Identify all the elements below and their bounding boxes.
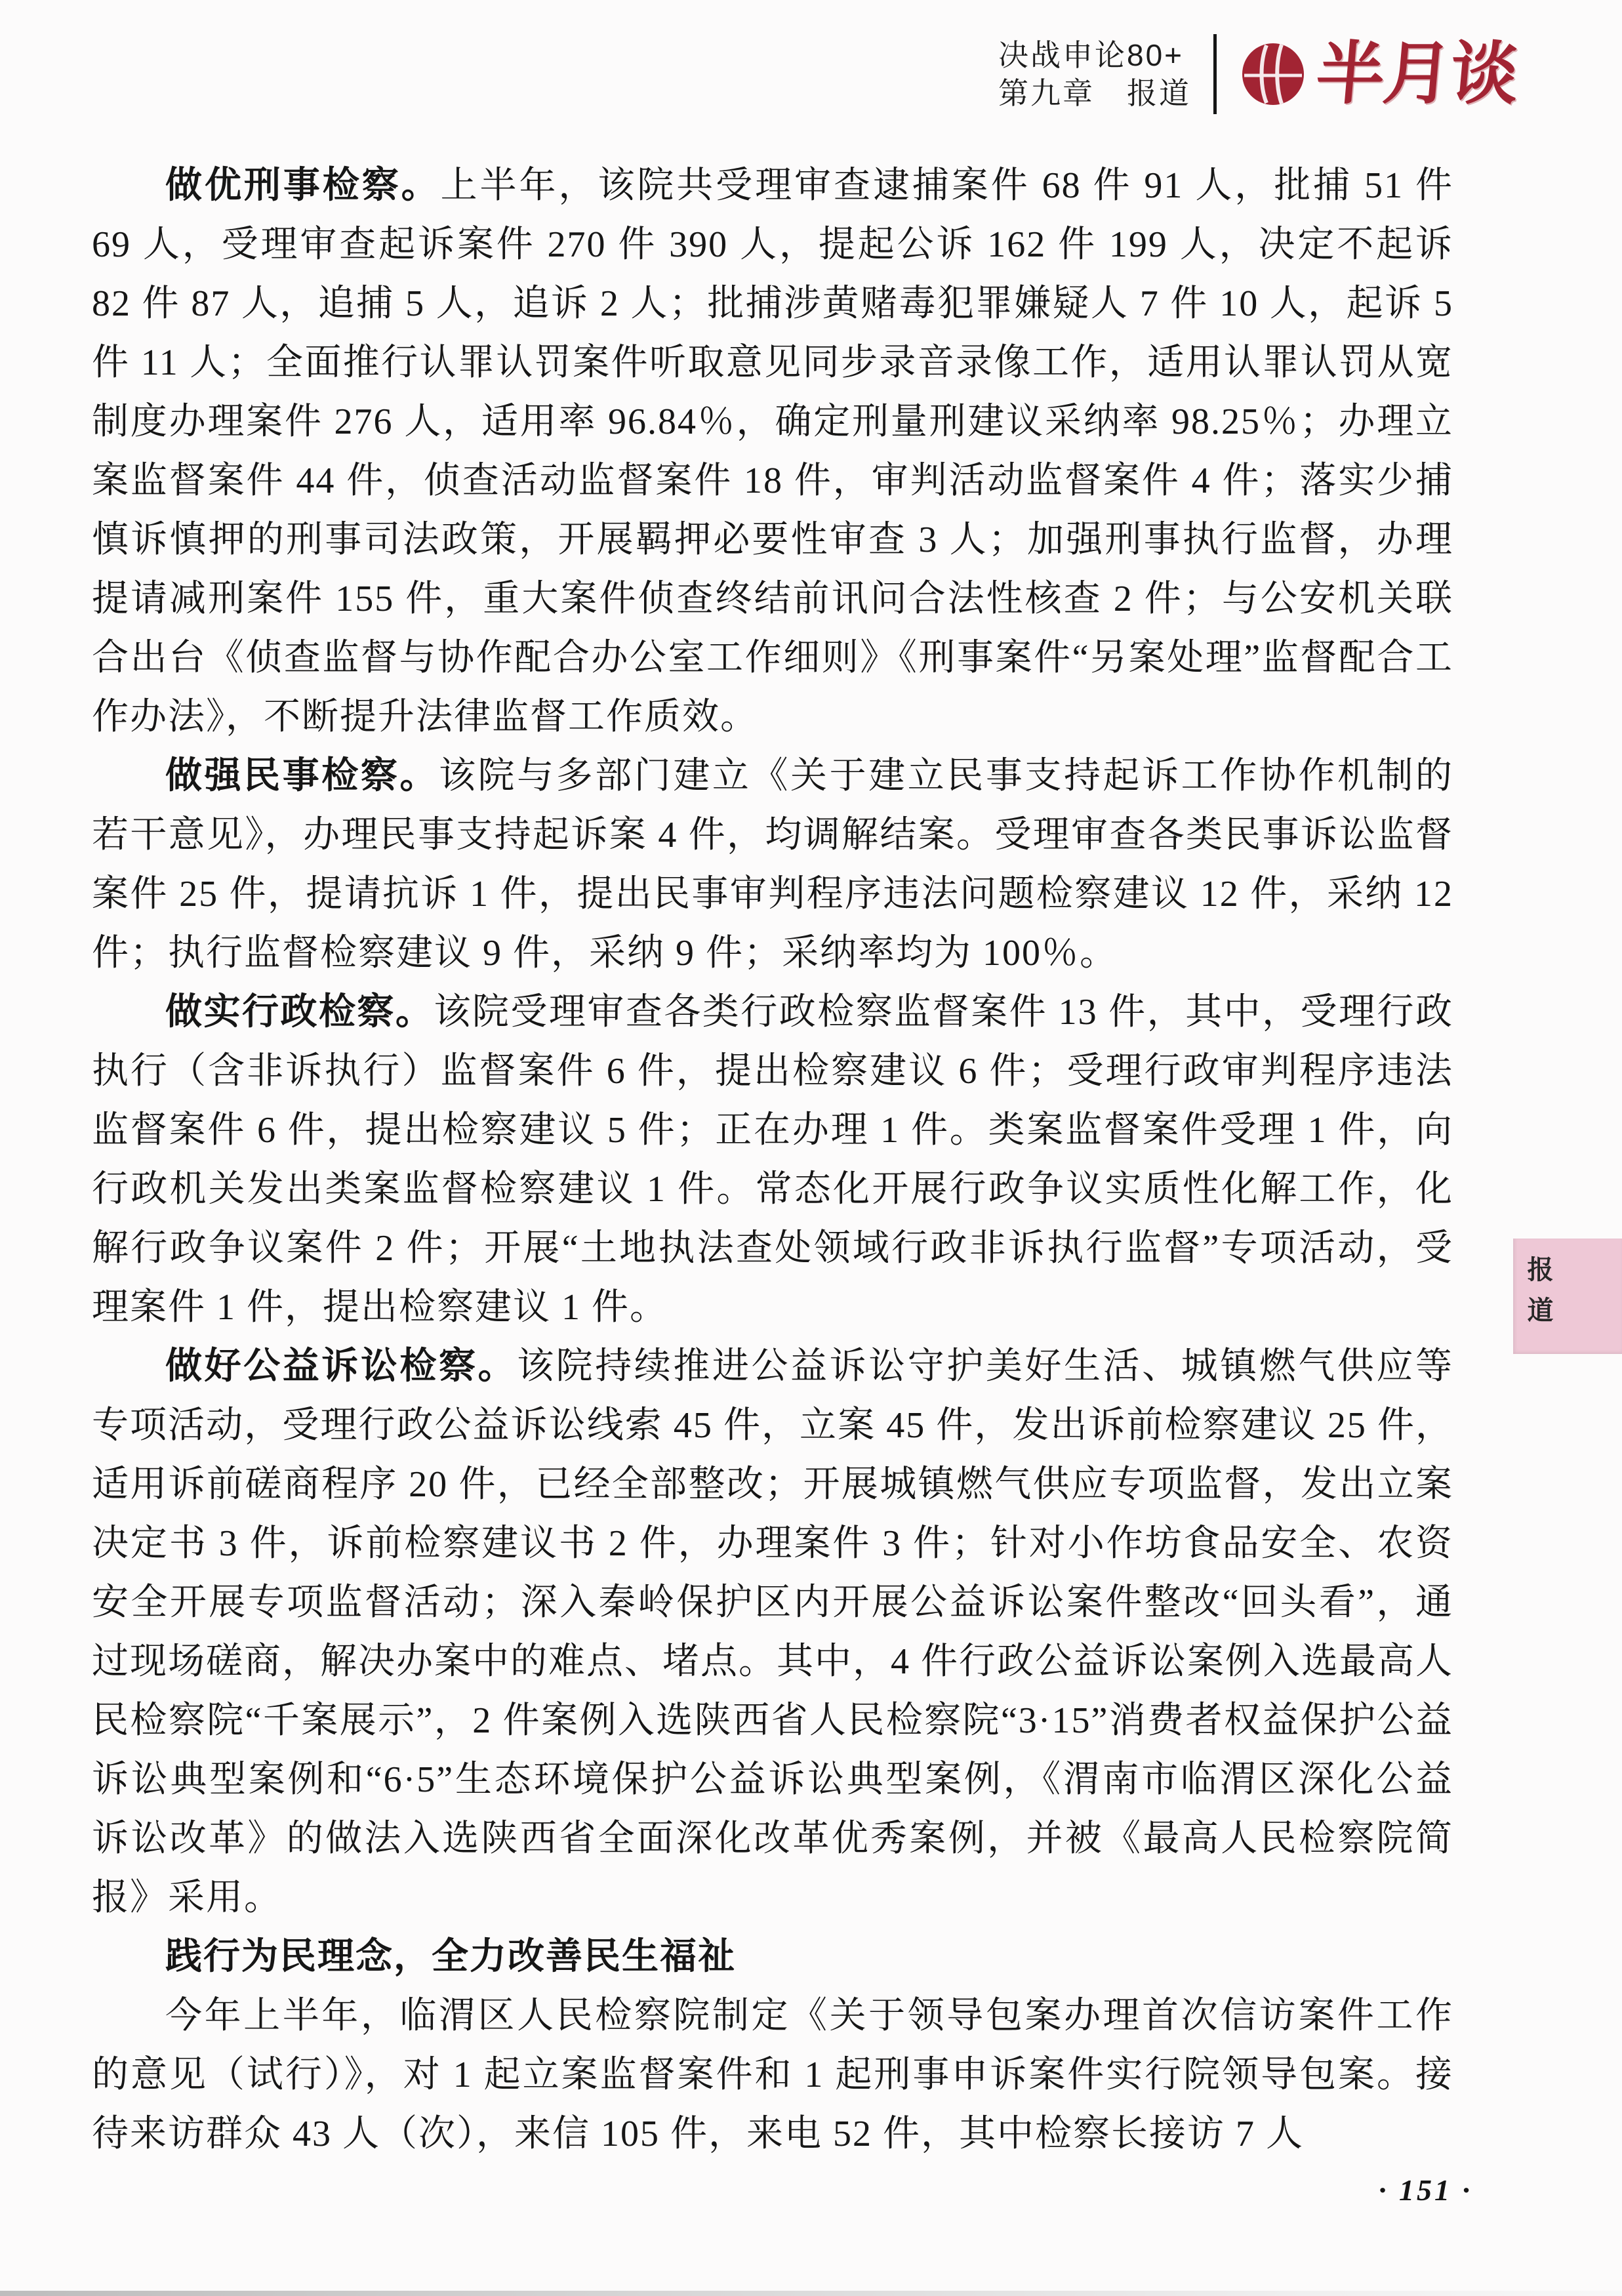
- paragraph-text: 该院受理审查各类行政检察监督案件 13 件，其中，受理行政执行（含非诉执行）监督…: [92, 992, 1453, 1328]
- paragraph-text: 该院持续推进公益诉讼守护美好生活、城镇燃气供应等专项活动，受理行政公益诉讼线索 …: [92, 1346, 1453, 1918]
- heading-text: 践行为民理念，全力改善民生福祉: [165, 1937, 736, 1977]
- paragraph-lead: 做强民事检察。: [165, 756, 439, 796]
- scan-edge-artifact: [0, 2291, 1622, 2296]
- body-text: 做优刑事检察。上半年，该院共受理审查逮捕案件 68 件 91 人，批捕 51 件…: [92, 156, 1453, 2163]
- paragraph-criminal: 做优刑事检察。上半年，该院共受理审查逮捕案件 68 件 91 人，批捕 51 件…: [92, 156, 1453, 747]
- paragraph-text: 上半年，该院共受理审查逮捕案件 68 件 91 人，批捕 51 件 69 人，受…: [92, 165, 1453, 737]
- tab-baodao-label: 报道: [1525, 1256, 1551, 1337]
- banyuetan-logo-icon: [1240, 41, 1306, 107]
- paragraph-civil: 做强民事检察。该院与多部门建立《关于建立民事支持起诉工作协作机制的若干意见》，办…: [92, 747, 1453, 983]
- document-page: 决战申论80+ 第九章 报道 半月谈 做优刑事检察。上半年，该院共受理审查逮捕案…: [0, 0, 1622, 2296]
- paragraph-lead: 做实行政检察。: [165, 992, 434, 1033]
- banyuetan-logo: 半月谈: [1240, 40, 1517, 108]
- paragraph-lead: 做好公益诉讼检察。: [165, 1346, 517, 1387]
- series-title: 决战申论80+: [998, 36, 1191, 74]
- header-titles: 决战申论80+ 第九章 报道: [998, 36, 1191, 112]
- header-divider: [1213, 34, 1217, 114]
- page-header: 决战申论80+ 第九章 报道 半月谈: [998, 34, 1517, 114]
- section-heading-minsheng: 践行为民理念，全力改善民生福祉: [92, 1927, 1453, 1986]
- paragraph-administrative: 做实行政检察。该院受理审查各类行政检察监督案件 13 件，其中，受理行政执行（含…: [92, 983, 1453, 1337]
- paragraph-petition: 今年上半年，临渭区人民检察院制定《关于领导包案办理首次信访案件工作的意见（试行）…: [92, 1986, 1453, 2163]
- tab-baodao: 报道: [1513, 1239, 1622, 1354]
- paragraph-text: 今年上半年，临渭区人民检察院制定《关于领导包案办理首次信访案件工作的意见（试行）…: [92, 1996, 1453, 2154]
- paragraph-lead: 做优刑事检察。: [165, 165, 441, 206]
- page-number: · 151 ·: [1379, 2173, 1472, 2207]
- chapter-title: 第九章 报道: [998, 74, 1191, 112]
- paragraph-public-interest: 做好公益诉讼检察。该院持续推进公益诉讼守护美好生活、城镇燃气供应等专项活动，受理…: [92, 1337, 1453, 1927]
- banyuetan-logo-text: 半月谈: [1313, 40, 1520, 108]
